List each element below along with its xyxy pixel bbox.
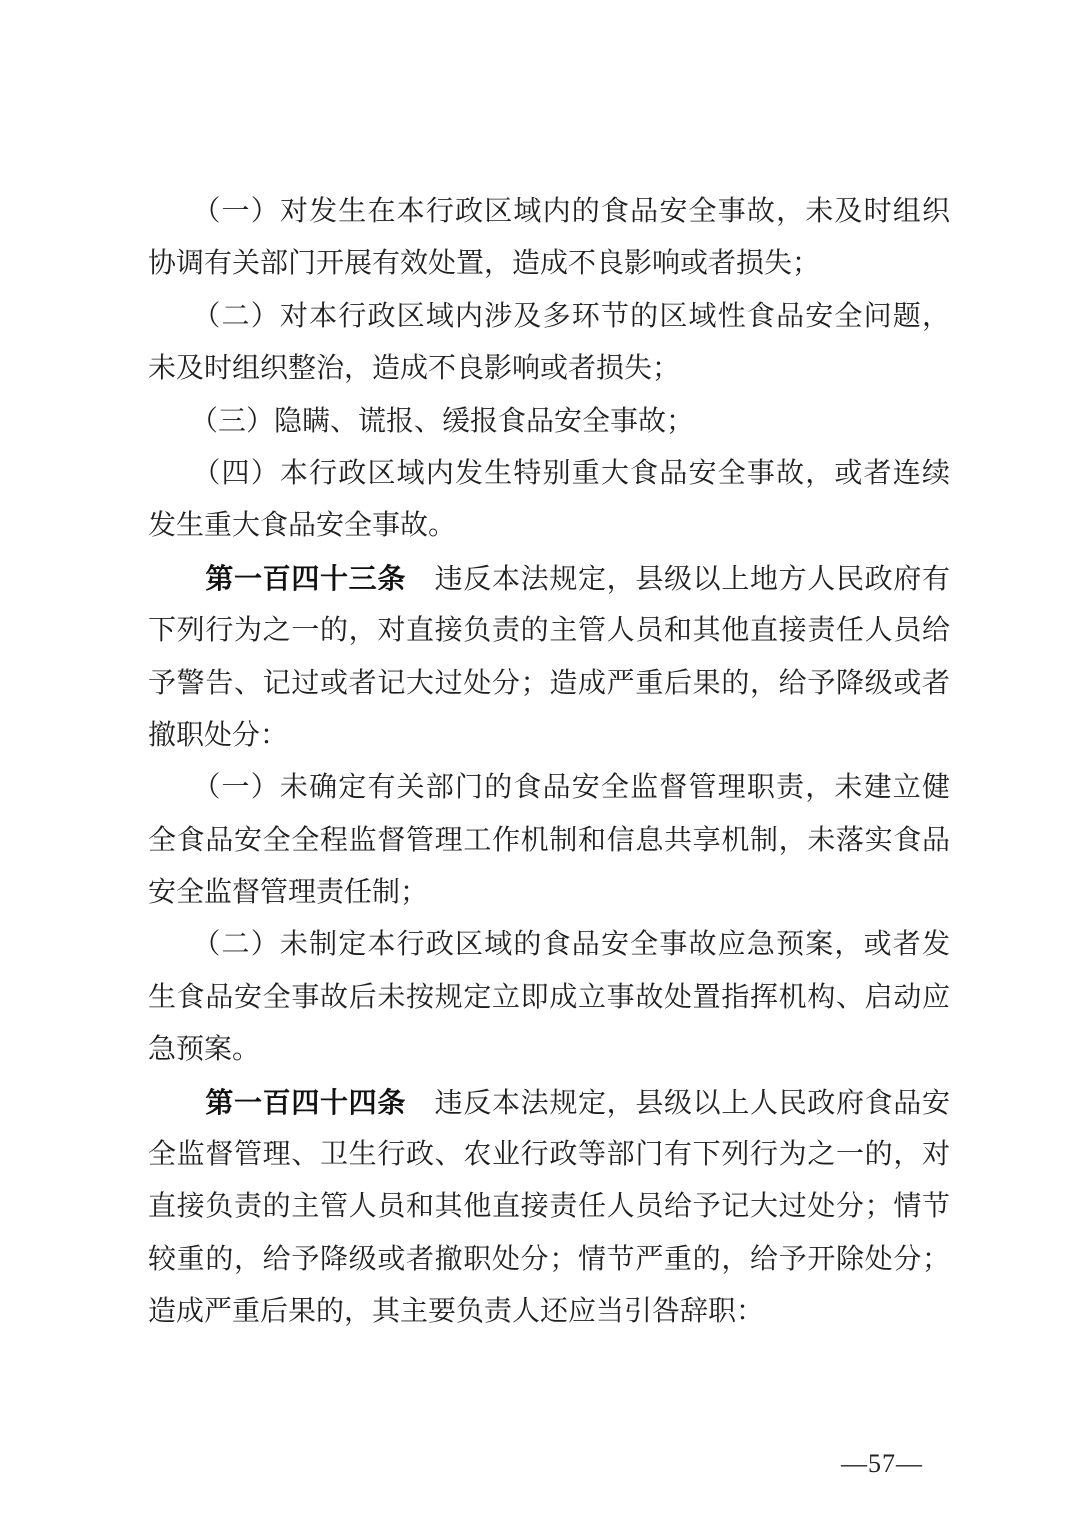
text-line: 予警告、记过或者记大过处分；造成严重后果的，给予降级或者: [148, 658, 950, 710]
text-segment: 造成严重后果的，其主要负责人还应当引咎辞职：: [148, 1296, 764, 1327]
text-line: （三）隐瞒、谎报、缓报食品安全事故；: [148, 396, 950, 448]
text-segment: （四）本行政区域内发生特别重大食品安全事故，或者连续: [148, 458, 950, 489]
text-line: 安全监督管理责任制；: [148, 867, 950, 919]
text-segment: （二）对本行政区域内涉及多环节的区域性食品安全问题，: [148, 301, 950, 332]
text-line: 协调有关部门开展有效处置，造成不良影响或者损失；: [148, 238, 950, 290]
text-line: 发生重大食品安全事故。: [148, 500, 950, 552]
text-line: 未及时组织整治，造成不良影响或者损失；: [148, 343, 950, 395]
text-segment: 发生重大食品安全事故。: [148, 510, 456, 541]
text-line: （二）未制定本行政区域的食品安全事故应急预案，或者发: [148, 919, 950, 971]
text-segment: 全食品安全全程监督管理工作机制和信息共享机制，未落实食品: [148, 825, 950, 856]
text-segment: （二）未制定本行政区域的食品安全事故应急预案，或者发: [148, 929, 950, 960]
text-line: 造成严重后果的，其主要负责人还应当引咎辞职：: [148, 1286, 950, 1338]
text-segment: （三）隐瞒、谎报、缓报食品安全事故；: [148, 406, 694, 437]
article-number: 第一百四十三条: [205, 563, 406, 594]
text-segment: （一）对发生在本行政区域内的食品安全事故，未及时组织: [148, 196, 950, 227]
text-line: 第一百四十三条 违反本法规定，县级以上地方人民政府有: [148, 553, 950, 605]
text-line: 撤职处分：: [148, 710, 950, 762]
text-line: 全监督管理、卫生行政、农业行政等部门有下列行为之一的，对: [148, 1129, 950, 1181]
text-line: 第一百四十四条 违反本法规定，县级以上人民政府食品安: [148, 1077, 950, 1129]
text-segment: 直接负责的主管人员和其他直接责任人员给予记大过处分；情节: [148, 1191, 950, 1222]
text-segment: 协调有关部门开展有效处置，造成不良影响或者损失；: [148, 248, 820, 279]
text-line: （一）对发生在本行政区域内的食品安全事故，未及时组织: [148, 186, 950, 238]
text-line: （一）未确定有关部门的食品安全监督管理职责，未建立健: [148, 762, 950, 814]
article-number: 第一百四十四条: [205, 1087, 406, 1118]
text-segment: 下列行为之一的，对直接负责的主管人员和其他直接责任人员给: [148, 615, 950, 646]
text-line: 全食品安全全程监督管理工作机制和信息共享机制，未落实食品: [148, 815, 950, 867]
document-page: （一）对发生在本行政区域内的食品安全事故，未及时组织协调有关部门开展有效处置，造…: [0, 0, 1074, 1520]
text-segment: [148, 1088, 205, 1119]
text-line: 较重的，给予降级或者撤职处分；情节严重的，给予开除处分；: [148, 1234, 950, 1286]
text-segment: （一）未确定有关部门的食品安全监督管理职责，未建立健: [148, 772, 950, 803]
text-line: 生食品安全事故后未按规定立即成立事故处置指挥机构、启动应: [148, 972, 950, 1024]
text-segment: 全监督管理、卫生行政、农业行政等部门有下列行为之一的，对: [148, 1139, 950, 1170]
text-segment: 未及时组织整治，造成不良影响或者损失；: [148, 353, 680, 384]
text-segment: 生食品安全事故后未按规定立即成立事故处置指挥机构、启动应: [148, 982, 950, 1013]
text-line: 急预案。: [148, 1024, 950, 1076]
text-segment: 予警告、记过或者记大过处分；造成严重后果的，给予降级或者: [148, 668, 950, 699]
page-number: —57—: [841, 1448, 923, 1480]
text-segment: 撤职处分：: [148, 720, 288, 751]
document-body: （一）对发生在本行政区域内的食品安全事故，未及时组织协调有关部门开展有效处置，造…: [148, 186, 950, 1339]
text-line: （四）本行政区域内发生特别重大食品安全事故，或者连续: [148, 448, 950, 500]
text-segment: 违反本法规定，县级以上地方人民政府有: [406, 564, 950, 595]
text-segment: 较重的，给予降级或者撤职处分；情节严重的，给予开除处分；: [148, 1244, 950, 1275]
text-segment: 安全监督管理责任制；: [148, 877, 428, 908]
text-line: 直接负责的主管人员和其他直接责任人员给予记大过处分；情节: [148, 1181, 950, 1233]
text-line: （二）对本行政区域内涉及多环节的区域性食品安全问题，: [148, 291, 950, 343]
text-segment: 违反本法规定，县级以上人民政府食品安: [406, 1088, 950, 1119]
text-segment: 急预案。: [148, 1034, 260, 1065]
text-segment: [148, 564, 205, 595]
text-line: 下列行为之一的，对直接负责的主管人员和其他直接责任人员给: [148, 605, 950, 657]
